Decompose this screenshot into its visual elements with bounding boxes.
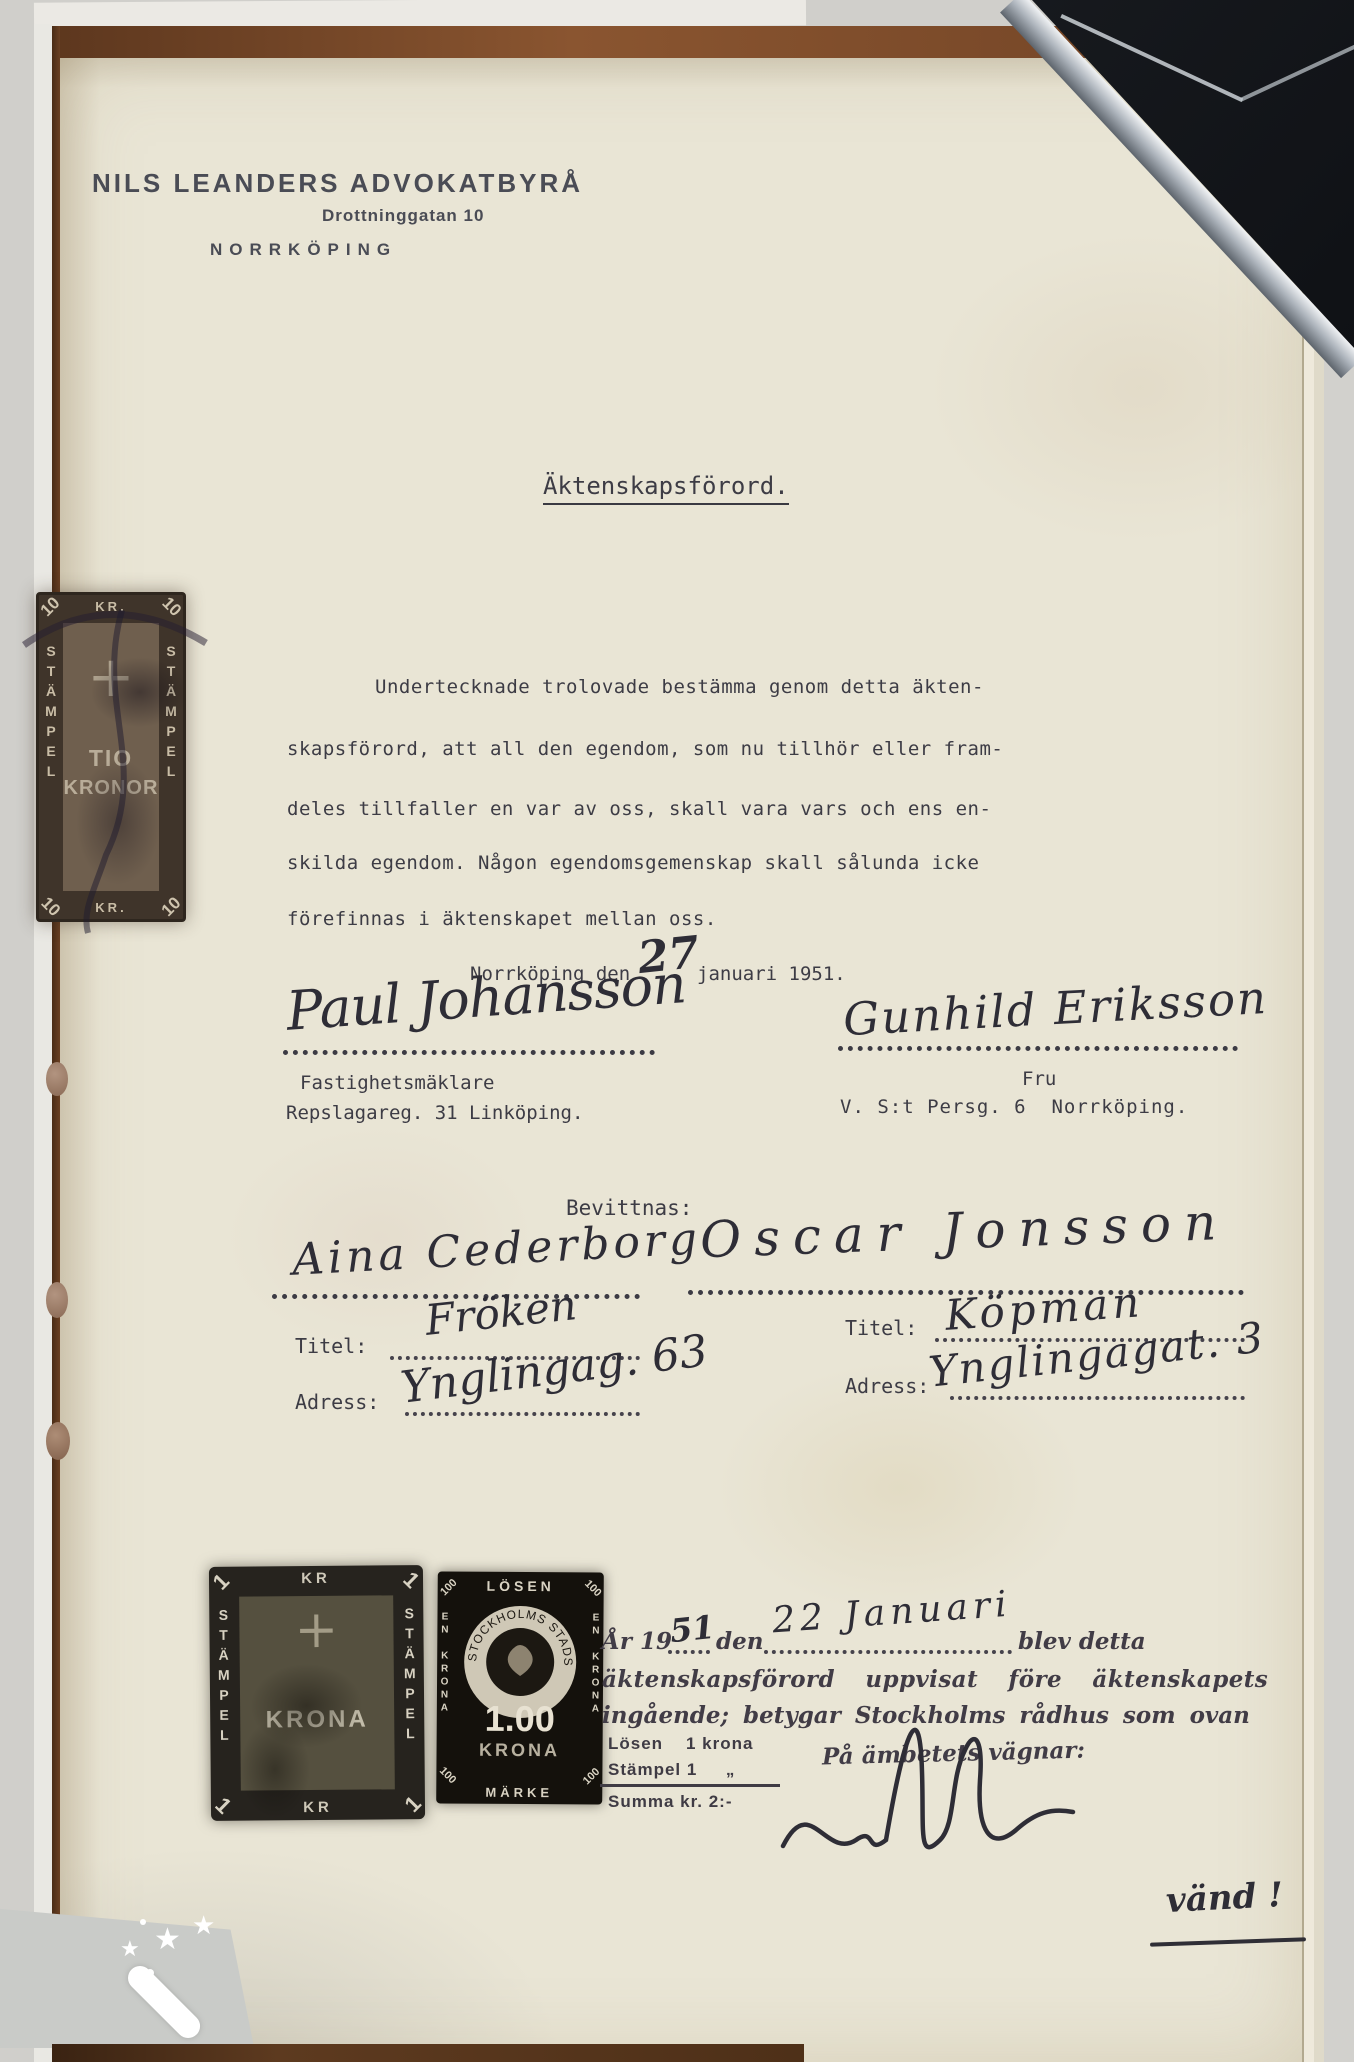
binding-rivet (46, 1422, 70, 1460)
sparkle-star-icon: ★ (120, 1939, 140, 1961)
page-right-edge-1 (1302, 58, 1314, 2062)
sparkle-star-icon: ★ (192, 1913, 215, 1939)
dateline-rest: januari 1951. (697, 963, 846, 985)
magic-wand-icon (123, 1961, 205, 2043)
stamp-corner-value: 100 (580, 1766, 601, 1787)
stamp-bottom-label: MÄRKE (436, 1784, 602, 1800)
stamp-value-unit: KRONA (436, 1739, 602, 1761)
losen-stamp-stockholm: LÖSEN 100 100 100 100 EN KRONA EN KRONA … (436, 1571, 604, 1804)
groom-address: Repslagareg. 31 Linköping. (286, 1102, 583, 1124)
sparkle-star-icon: ★ (154, 1925, 181, 1955)
fee-summa: Summa kr. 2:- (608, 1792, 733, 1812)
binding-rivet (46, 1282, 68, 1318)
letterhead-street: Drottninggatan 10 (322, 206, 484, 226)
body-line: skapsförord, att all den egendom, som nu… (287, 738, 1003, 760)
letterhead-city: NORRKÖPING (210, 240, 397, 260)
signature-dotted-line (838, 1024, 1238, 1051)
document-title: Äktenskapsförord. (543, 472, 789, 505)
registration-line1-mid: den (716, 1628, 763, 1655)
bride-title: Fru (1022, 1068, 1056, 1090)
stamp-corner-value: 100 (437, 1765, 458, 1786)
registration-line1-post: blev detta (1018, 1628, 1146, 1655)
sparkle-dot (146, 1969, 154, 1977)
signature-dotted-line (283, 1028, 655, 1055)
body-line: förefinnas i äktenskapet mellan oss. (287, 908, 717, 930)
bride-address: V. S:t Persg. 6 Norrköping. (840, 1096, 1188, 1118)
fee-losen: Lösen 1 krona (608, 1734, 753, 1754)
letterhead-firm-name: NILS LEANDERS ADVOKATBYRÅ (92, 168, 583, 199)
body-line: deles tillfaller en var av oss, skall va… (287, 798, 991, 820)
turn-note: vänd ! (1165, 1875, 1284, 1921)
fee-sum-rule (600, 1784, 780, 1787)
official-signature (768, 1688, 1108, 1888)
stamp-top-label: LÖSEN (438, 1577, 604, 1594)
adress-label-left: Adress: (295, 1390, 379, 1414)
registration-year-handwritten: 51 (668, 1608, 716, 1650)
postmark-and-scribble (10, 555, 220, 945)
scanned-document-photo: NILS LEANDERS ADVOKATBYRÅ Drottninggatan… (0, 0, 1354, 2062)
registration-line1-pre: År 19 (602, 1628, 672, 1655)
binding-left-line (52, 26, 60, 2062)
underlying-page-edge-left (34, 24, 52, 2062)
sparkle-dot (140, 1919, 146, 1925)
stamp-value: 1.00 (437, 1697, 603, 1740)
magic-wand-watermark[interactable]: ★ ★ ★ (96, 1925, 236, 2045)
body-line: skilda egendom. Någon egendomsgemenskap … (287, 852, 979, 874)
binding-rivet (46, 1062, 68, 1096)
groom-title: Fastighetsmäklare (300, 1072, 494, 1094)
titel-label-left: Titel: (295, 1334, 367, 1358)
body-line: Undertecknade trolovade bestämma genom d… (375, 676, 984, 698)
fee-stampel: Stämpel 1 „ (608, 1760, 735, 1780)
revenue-stamp-1-krona: KR KR 1 1 1 1 STÄMPEL STÄMPEL + KRONA (209, 1565, 425, 1821)
binding-bottom-strip (52, 2044, 804, 2062)
stamp-ink-blotch (209, 1565, 425, 1821)
titel-label-right: Titel: (845, 1316, 917, 1340)
adress-label-right: Adress: (845, 1374, 929, 1398)
